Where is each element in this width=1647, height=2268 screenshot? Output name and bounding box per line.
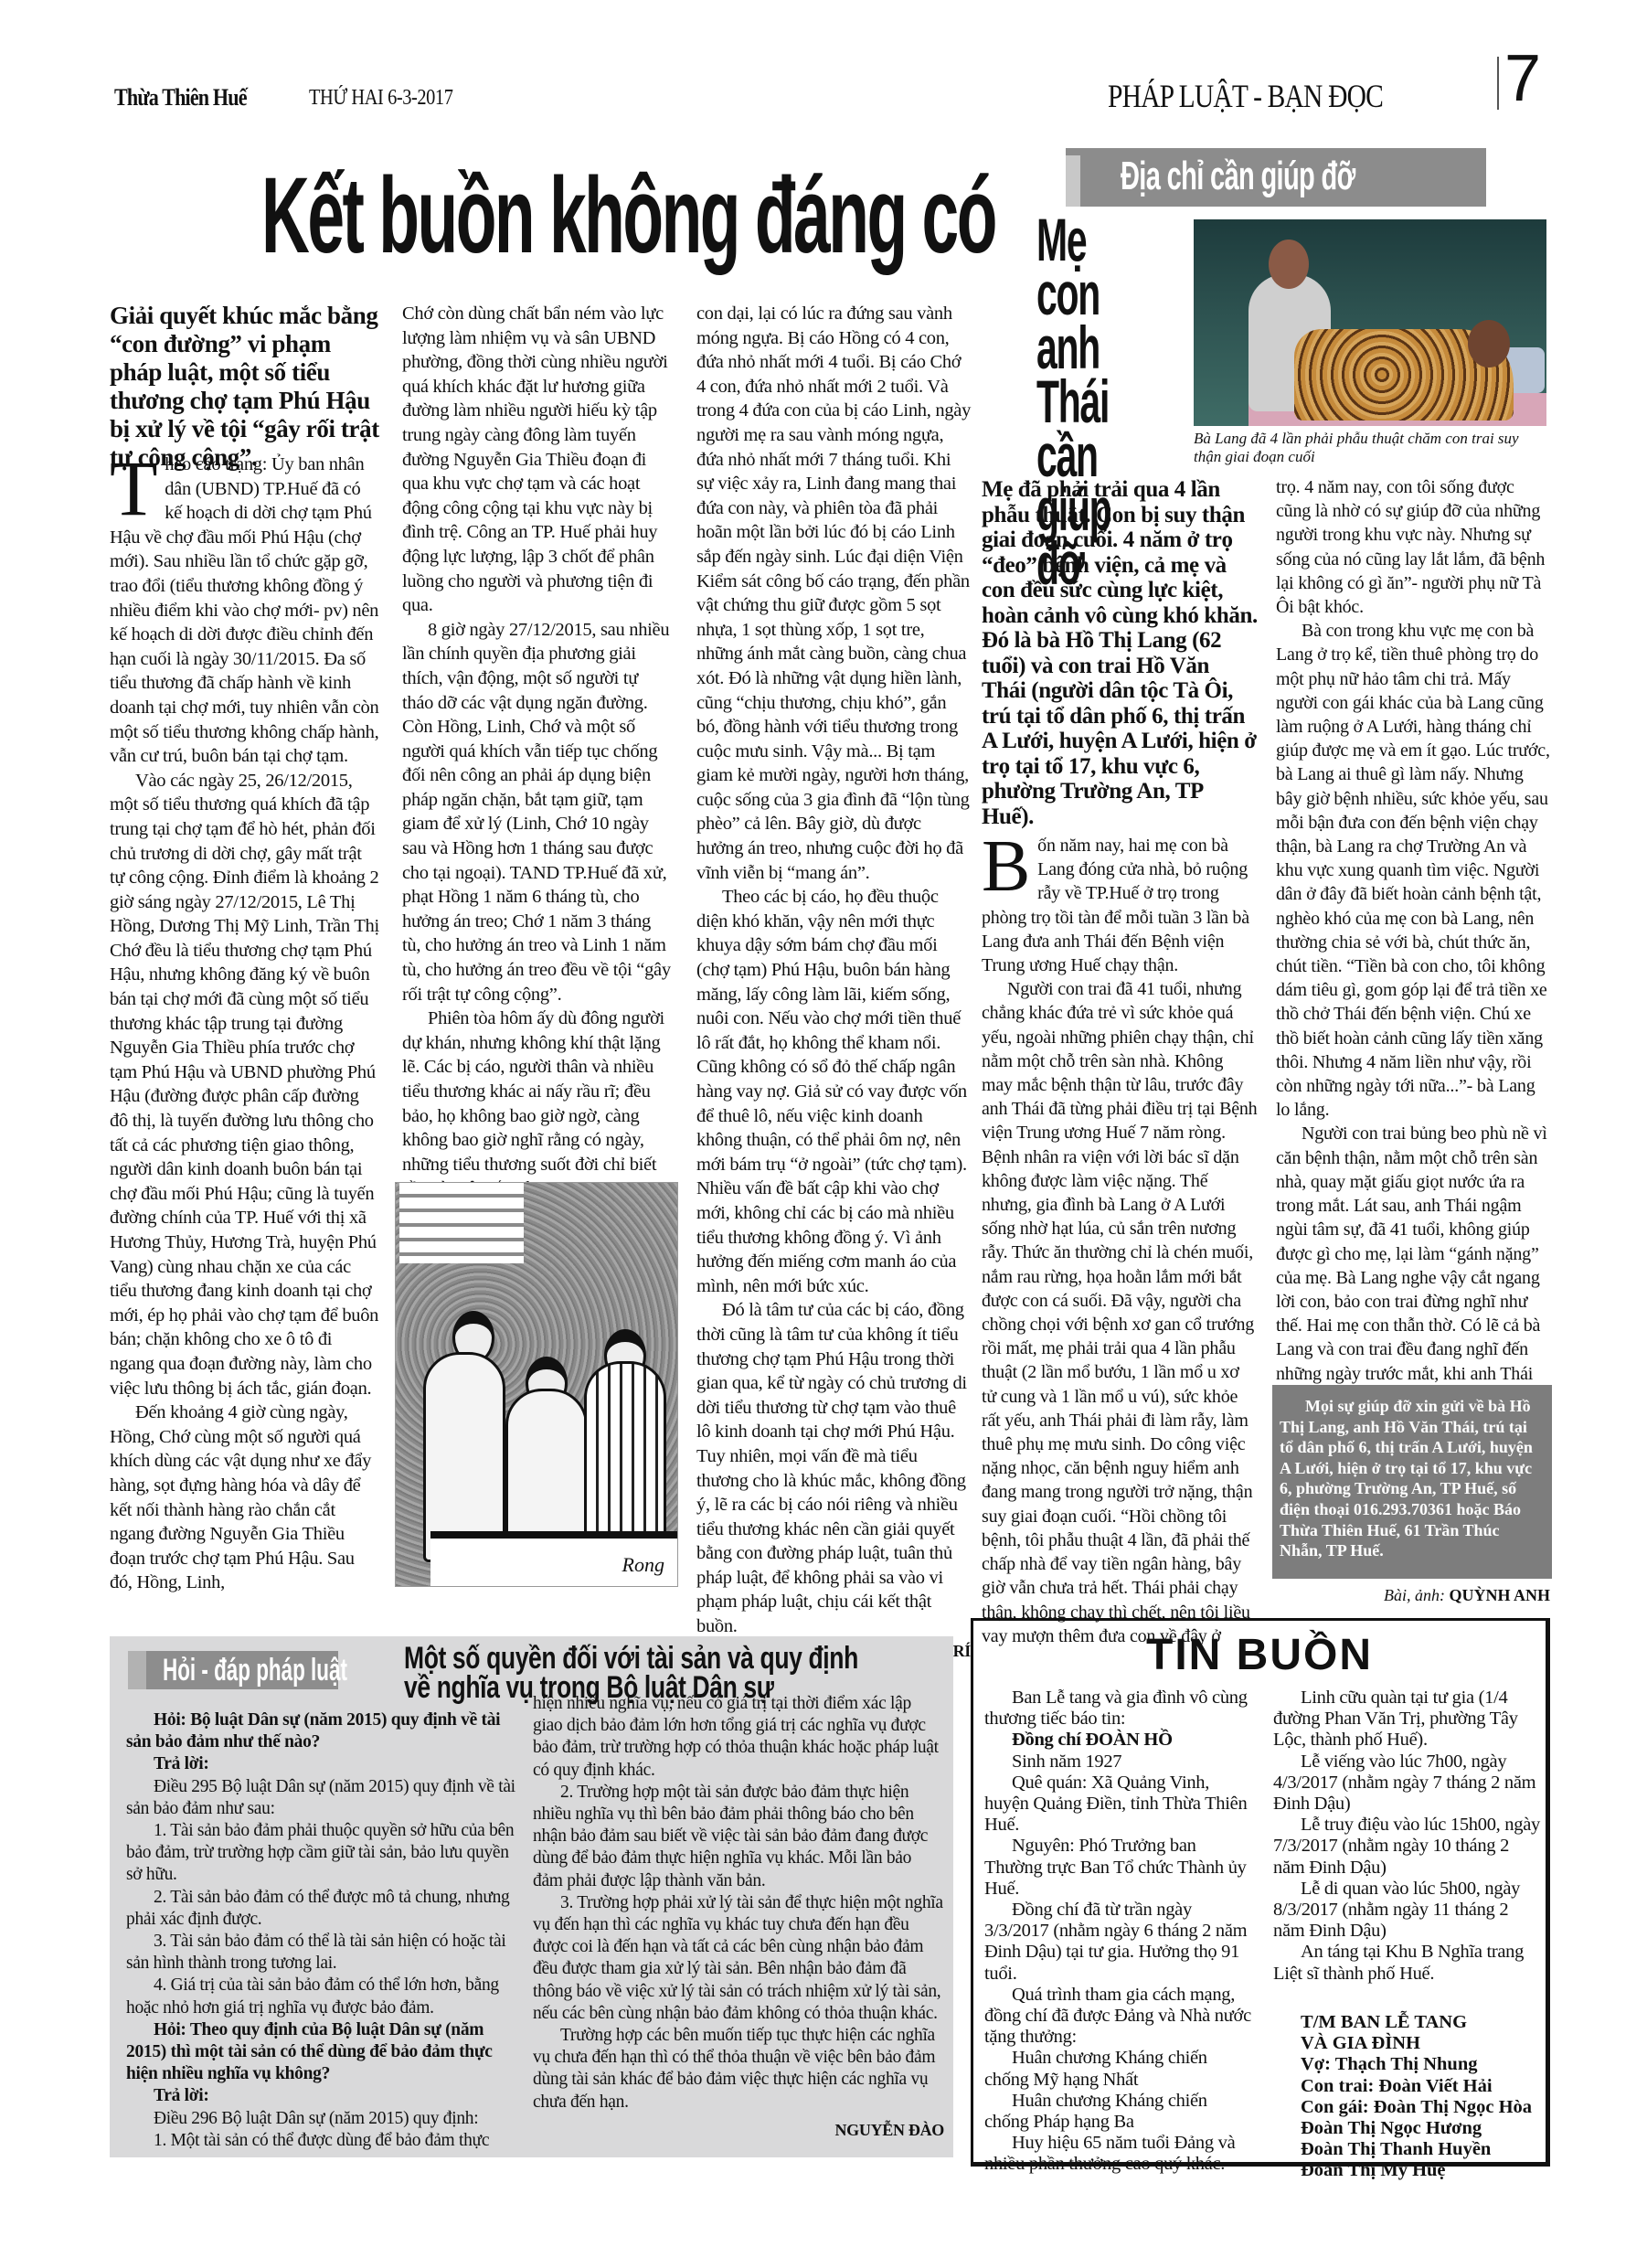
paragraph: 3. Tài sản bảo đảm có thể là tài sản hiệ…	[126, 1931, 519, 1975]
question: Hỏi: Bộ luật Dân sự (năm 2015) quy định …	[126, 1709, 519, 1753]
main-column-1: Theo cáo trạng: Ủy ban nhân dân (UBND) T…	[110, 453, 379, 1595]
section-divider	[1497, 57, 1499, 110]
paragraph: Huân chương Kháng chiến chống Pháp hạng …	[984, 2091, 1251, 2133]
obituary-column-2: Linh cữu quàn tại tư gia (1/4 đường Phan…	[1273, 1688, 1544, 1985]
answer-label: Trả lời:	[126, 2085, 519, 2107]
paragraph: Điều 295 Bộ luật Dân sự (năm 2015) quy đ…	[126, 1776, 519, 1820]
photo-son-head	[1468, 320, 1510, 367]
paragraph: Quê quán: Xã Quảng Vinh, huyện Quảng Điề…	[984, 1773, 1251, 1837]
paragraph: Lễ truy điệu vào lúc 15h00, ngày 7/3/201…	[1273, 1815, 1544, 1879]
drop-cap: T	[110, 456, 157, 520]
paragraph: Lễ viếng vào lúc 7h00, ngày 4/3/2017 (nh…	[1273, 1752, 1544, 1815]
credit-name: QUỲNH ANH	[1449, 1586, 1550, 1604]
legal-qa-author: NGUYỄN ĐÀO	[533, 2119, 944, 2141]
family-line: Đoàn Thị Thanh Huyền	[1301, 2139, 1546, 2160]
banner-label: Địa chỉ cần giúp đỡ	[1121, 154, 1355, 199]
main-headline: Kết buồn không đáng có	[261, 160, 692, 273]
paragraph: Vào các ngày 25, 26/12/2015, một số tiểu…	[110, 769, 379, 1400]
family-line: Đoàn Thị Ngọc Hương	[1301, 2118, 1546, 2139]
obituary-column-1: Ban Lễ tang và gia đình vô cùng thương t…	[984, 1688, 1251, 2176]
artist-signature: Rong	[622, 1553, 664, 1577]
title-line-1: Một số quyền đối với tài sản và quy định	[404, 1644, 832, 1673]
contact-text: Mọi sự giúp đỡ xin gửi về bà Hồ Thị Lang…	[1280, 1396, 1545, 1561]
paragraph: Huân chương Kháng chiến chống Mỹ hạng Nh…	[984, 2048, 1251, 2090]
paragraph: Quá trình tham gia cách mạng, đồng chí đ…	[984, 1985, 1251, 2049]
family-line: T/M BAN LỄ TANG	[1301, 2012, 1546, 2033]
question: Hỏi: Theo quy định của Bộ luật Dân sự (n…	[126, 2019, 519, 2086]
legal-qa-column-2: hiện nhiều nghĩa vụ, nếu có giá trị tại …	[533, 1693, 944, 2141]
paragraph: Sinh năm 1927	[984, 1752, 1251, 1773]
paragraph: Nguyên: Phó Trưởng ban Thường trực Ban T…	[984, 1836, 1251, 1900]
help-column-1: Bốn năm nay, hai mẹ con bà Lang đóng cửa…	[982, 834, 1258, 1648]
paragraph: Theo cáo trạng: Ủy ban nhân dân (UBND) T…	[110, 453, 379, 769]
paragraph: Linh cữu quàn tại tư gia (1/4 đường Phan…	[1273, 1688, 1544, 1752]
paragraph: Chớ còn dùng chất bẩn ném vào lực lượng …	[402, 302, 672, 618]
obituary-family-list: T/M BAN LỄ TANG VÀ GIA ĐÌNH Vợ: Thạch Th…	[1301, 2012, 1546, 2182]
obituary-title: TIN BUỒN	[973, 1630, 1546, 1680]
banner-notch	[1066, 155, 1080, 207]
drop-cap: B	[982, 837, 1030, 896]
legal-qa-column-1: Hỏi: Bộ luật Dân sự (năm 2015) quy định …	[126, 1709, 519, 2152]
paragraph: Bốn năm nay, hai mẹ con bà Lang đóng cửa…	[982, 834, 1258, 977]
section-title: PHÁP LUẬT - BẠN ĐỌC	[1108, 77, 1383, 115]
legal-qa-tag: Hỏi - đáp pháp luật	[128, 1651, 338, 1689]
family-line: Con gái: Đoàn Thị Ngọc Hòa	[1301, 2097, 1546, 2118]
paragraph: An táng tại Khu B Nghĩa trang Liệt sĩ th…	[1273, 1942, 1544, 1984]
paragraph: 8 giờ ngày 27/12/2015, sau nhiều lần chí…	[402, 618, 672, 1007]
paragraph: Trường hợp các bên muốn tiếp tục thực hi…	[533, 2025, 944, 2114]
main-column-2: Chớ còn dùng chất bẩn ném vào lực lượng …	[402, 302, 672, 1226]
paragraph: Huy hiệu 65 năm tuổi Đảng và nhiều phần …	[984, 2133, 1251, 2175]
newspaper-masthead: Thừa Thiên Huế	[114, 84, 247, 112]
paragraph: Điều 296 Bộ luật Dân sự (năm 2015) quy đ…	[126, 2108, 519, 2130]
paragraph: 3. Trường hợp phải xử lý tài sản để thực…	[533, 1892, 944, 2025]
tag-label: Hỏi - đáp pháp luật	[163, 1653, 347, 1688]
photo-caption: Bà Lang đã 4 lần phải phẫu thuật chăm co…	[1194, 430, 1550, 466]
paragraph: Bà con trong khu vực mẹ con bà Lang ở tr…	[1276, 619, 1550, 1122]
paragraph: Đến khoảng 4 giờ cùng ngày, Hồng, Chớ cù…	[110, 1400, 379, 1595]
paragraph: Theo các bị cáo, họ đều thuộc diện khó k…	[696, 885, 971, 1298]
paragraph: Ban Lễ tang và gia đình vô cùng thương t…	[984, 1688, 1251, 1730]
mother-son-photo	[1194, 219, 1546, 426]
courtroom-illustration: Rong	[395, 1182, 678, 1587]
paragraph: trọ. 4 năm nay, con tôi sống được cũng l…	[1276, 475, 1550, 619]
obituary-box: TIN BUỒN Ban Lễ tang và gia đình vô cùng…	[971, 1618, 1550, 2167]
credit-label: Bài, ảnh:	[1384, 1586, 1445, 1604]
donation-contact-box: Mọi sự giúp đỡ xin gửi về bà Hồ Thị Lang…	[1272, 1385, 1552, 1579]
photo-credit: Bài, ảnh: QUỲNH ANH	[1276, 1586, 1550, 1605]
help-section-banner: Địa chỉ cần giúp đỡ	[1066, 148, 1486, 207]
issue-date: THỨ HAI 6-3-2017	[309, 86, 452, 111]
decorative-stripes	[399, 1183, 524, 1263]
photo-mother-head	[1269, 240, 1309, 289]
page-number: 7	[1504, 46, 1541, 112]
paragraph: con dại, lại có lúc ra đứng sau vành món…	[696, 302, 971, 885]
family-line: Con trai: Đoàn Viết Hải	[1301, 2076, 1546, 2097]
family-line: Đoàn Thị Mỹ Huệ	[1301, 2160, 1546, 2181]
paragraph: 2. Tài sản bảo đảm có thể được mô tả chu…	[126, 1887, 519, 1931]
paragraph: 2. Trường hợp một tài sản được bảo đảm t…	[533, 1782, 944, 1892]
deceased-name: Đồng chí ĐOÀN HỒ	[984, 1730, 1251, 1751]
paragraph: hiện nhiều nghĩa vụ, nếu có giá trị tại …	[533, 1693, 944, 1782]
paragraph: 1. Một tài sản có thể được dùng để bảo đ…	[126, 2130, 519, 2152]
paragraph: Người con trai đã 41 tuổi, nhưng chẳng k…	[982, 977, 1258, 1648]
main-column-3: con dại, lại có lúc ra đứng sau vành món…	[696, 302, 971, 1663]
paragraph: Đó là tâm tư của các bị cáo, đồng thời c…	[696, 1298, 971, 1638]
answer-label: Trả lời:	[126, 1753, 519, 1775]
family-line: VÀ GIA ĐÌNH	[1301, 2033, 1546, 2054]
legal-qa-box: Hỏi - đáp pháp luật Một số quyền đối với…	[110, 1636, 953, 2157]
help-column-2: trọ. 4 năm nay, con tôi sống được cũng l…	[1276, 475, 1550, 1457]
help-lead: Mẹ đã phải trải qua 4 lần phẫu thuật. Co…	[982, 477, 1258, 829]
paragraph: Đồng chí đã từ trần ngày 3/3/2017 (nhằm …	[984, 1900, 1251, 1985]
paragraph: 1. Tài sản bảo đảm phải thuộc quyền sở h…	[126, 1820, 519, 1887]
paragraph: Lễ di quan vào lúc 5h00, ngày 8/3/2017 (…	[1273, 1879, 1544, 1943]
family-line: Vợ: Thạch Thị Nhung	[1301, 2054, 1546, 2075]
paragraph: 4. Giá trị của tài sản bảo đảm có thể lớ…	[126, 1975, 519, 2018]
tag-notch	[128, 1651, 146, 1689]
